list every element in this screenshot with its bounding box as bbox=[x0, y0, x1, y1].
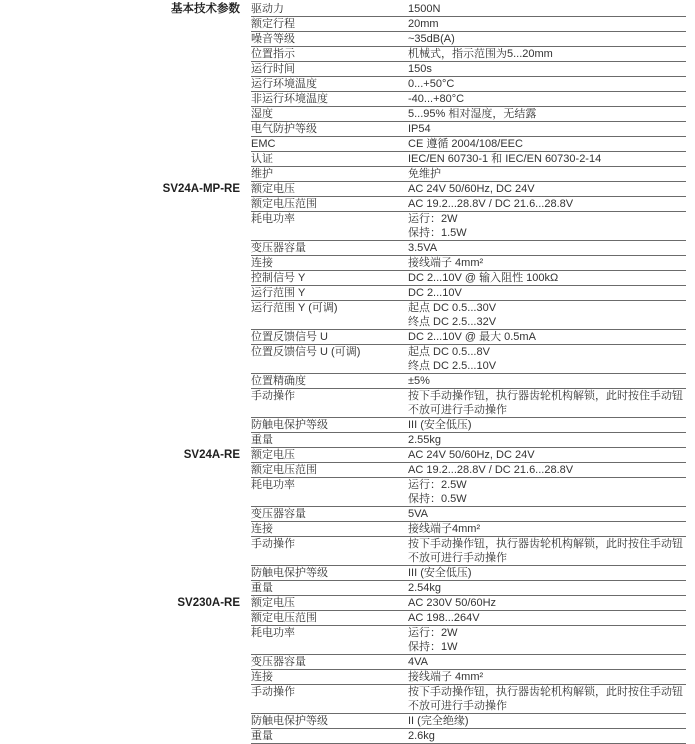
value-cell: 起点 DC 0.5...30V终点 DC 2.5...32V bbox=[408, 301, 686, 329]
table-row: 额定电压范围 AC 19.2...28.8V / DC 21.6...28.8V bbox=[251, 463, 686, 478]
value-cell: 4VA bbox=[408, 655, 686, 669]
table-row: 额定电压 AC 230V 50/60Hz bbox=[251, 596, 686, 611]
table-row: 电气防护等级 IP54 bbox=[251, 122, 686, 137]
value-cell: 0...+50°C bbox=[408, 77, 686, 91]
value-cell: 接线端子 4mm² bbox=[408, 670, 686, 684]
table-row: 控制信号 Y DC 2...10V @ 输入阻性 100kΩ bbox=[251, 271, 686, 286]
value-cell: ±5% bbox=[408, 374, 686, 388]
param-cell: 连接 bbox=[251, 522, 408, 536]
table-row: 非运行环境温度 -40...+80°C bbox=[251, 92, 686, 107]
value-line: 保持：1.5W bbox=[408, 226, 686, 240]
group-rows: 额定电压 AC 230V 50/60Hz 额定电压范围 AC 198...264… bbox=[251, 596, 686, 744]
spec-group: SV24A-RE 额定电压 AC 24V 50/60Hz, DC 24V 额定电… bbox=[0, 448, 695, 596]
value-line: 终点 DC 2.5...32V bbox=[408, 315, 686, 329]
value-line: 20mm bbox=[408, 17, 686, 31]
value-line: 1500N bbox=[408, 2, 686, 16]
table-row: 重量 2.55kg bbox=[251, 433, 686, 448]
value-cell: 1500N bbox=[408, 2, 686, 16]
param-cell: 变压器容量 bbox=[251, 507, 408, 521]
value-cell: AC 230V 50/60Hz bbox=[408, 596, 686, 610]
value-line: AC 24V 50/60Hz, DC 24V bbox=[408, 182, 686, 196]
param-cell: 变压器容量 bbox=[251, 655, 408, 669]
value-cell: 机械式，指示范围为5...20mm bbox=[408, 47, 686, 61]
group-rows: 额定电压 AC 24V 50/60Hz, DC 24V 额定电压范围 AC 19… bbox=[251, 448, 686, 596]
value-cell: IP54 bbox=[408, 122, 686, 136]
value-cell: DC 2...10V @ 最大 0.5mA bbox=[408, 330, 686, 344]
value-line: 接线端子 4mm² bbox=[408, 256, 686, 270]
param-cell: 耗电功率 bbox=[251, 478, 408, 492]
value-line: 保持：0.5W bbox=[408, 492, 686, 506]
param-cell: 额定电压 bbox=[251, 182, 408, 196]
value-line: 保持：1W bbox=[408, 640, 686, 654]
value-cell: IEC/EN 60730-1 和 IEC/EN 60730-2-14 bbox=[408, 152, 686, 166]
table-row: 位置反馈信号 U (可调) 起点 DC 0.5...8V终点 DC 2.5...… bbox=[251, 345, 686, 374]
spec-group: 基本技术参数 驱动力 1500N 额定行程 20mm 噪音等级 ~35dB(A)… bbox=[0, 2, 695, 182]
table-row: 位置指示 机械式，指示范围为5...20mm bbox=[251, 47, 686, 62]
spec-table: 基本技术参数 驱动力 1500N 额定行程 20mm 噪音等级 ~35dB(A)… bbox=[0, 0, 695, 744]
value-line: 0...+50°C bbox=[408, 77, 686, 91]
value-line: 接线端子 4mm² bbox=[408, 670, 686, 684]
value-cell: 2.6kg bbox=[408, 729, 686, 743]
table-row: 运行范围 Y (可调) 起点 DC 0.5...30V终点 DC 2.5...3… bbox=[251, 301, 686, 330]
table-row: 连接 接线端子 4mm² bbox=[251, 670, 686, 685]
table-row: 湿度 5...95% 相对湿度，无结露 bbox=[251, 107, 686, 122]
value-line: DC 2...10V @ 最大 0.5mA bbox=[408, 330, 686, 344]
param-cell: 额定电压范围 bbox=[251, 197, 408, 211]
param-cell: 重量 bbox=[251, 729, 408, 743]
table-row: 连接 接线端子4mm² bbox=[251, 522, 686, 537]
group-label: SV230A-RE bbox=[0, 596, 240, 610]
value-line: ~35dB(A) bbox=[408, 32, 686, 46]
value-line: 150s bbox=[408, 62, 686, 76]
value-line: CE 遵循 2004/108/EEC bbox=[408, 137, 686, 151]
value-cell: AC 198...264V bbox=[408, 611, 686, 625]
table-row: 手动操作 按下手动操作钮，执行器齿轮机构解锁，此时按住手动钮不放可进行手动操作 bbox=[251, 685, 686, 714]
param-cell: 额定电压 bbox=[251, 596, 408, 610]
value-line: IEC/EN 60730-1 和 IEC/EN 60730-2-14 bbox=[408, 152, 686, 166]
table-row: 额定电压范围 AC 198...264V bbox=[251, 611, 686, 626]
param-cell: 耗电功率 bbox=[251, 626, 408, 640]
param-cell: 连接 bbox=[251, 256, 408, 270]
value-cell: 接线端子4mm² bbox=[408, 522, 686, 536]
value-line: 运行：2.5W bbox=[408, 478, 686, 492]
table-row: 耗电功率 运行：2W保持：1W bbox=[251, 626, 686, 655]
param-cell: 非运行环境温度 bbox=[251, 92, 408, 106]
value-line: DC 2...10V bbox=[408, 286, 686, 300]
value-cell: 5VA bbox=[408, 507, 686, 521]
value-cell: 3.5VA bbox=[408, 241, 686, 255]
value-line: 运行：2W bbox=[408, 212, 686, 226]
value-line: 运行：2W bbox=[408, 626, 686, 640]
table-row: 变压器容量 4VA bbox=[251, 655, 686, 670]
value-line: 终点 DC 2.5...10V bbox=[408, 359, 686, 373]
table-row: 噪音等级 ~35dB(A) bbox=[251, 32, 686, 47]
spec-sheet-page: 基本技术参数 驱动力 1500N 额定行程 20mm 噪音等级 ~35dB(A)… bbox=[0, 0, 695, 744]
table-row: 防触电保护等级 II (完全绝缘) bbox=[251, 714, 686, 729]
value-line: AC 19.2...28.8V / DC 21.6...28.8V bbox=[408, 463, 686, 477]
value-line: 2.54kg bbox=[408, 581, 686, 595]
value-cell: 2.55kg bbox=[408, 433, 686, 447]
value-line: AC 230V 50/60Hz bbox=[408, 596, 686, 610]
group-label: SV24A-MP-RE bbox=[0, 182, 240, 196]
table-row: 运行时间 150s bbox=[251, 62, 686, 77]
value-line: 不放可进行手动操作 bbox=[408, 403, 686, 417]
param-cell: 重量 bbox=[251, 581, 408, 595]
param-cell: 额定电压范围 bbox=[251, 611, 408, 625]
param-cell: 运行范围 Y (可调) bbox=[251, 301, 408, 315]
table-row: 手动操作 按下手动操作钮，执行器齿轮机构解锁，此时按住手动钮不放可进行手动操作 bbox=[251, 537, 686, 566]
value-line: III (安全低压) bbox=[408, 418, 686, 432]
value-line: 4VA bbox=[408, 655, 686, 669]
value-line: 按下手动操作钮，执行器齿轮机构解锁，此时按住手动钮 bbox=[408, 537, 686, 551]
param-cell: 耗电功率 bbox=[251, 212, 408, 226]
table-row: 重量 2.6kg bbox=[251, 729, 686, 744]
spec-group: SV24A-MP-RE 额定电压 AC 24V 50/60Hz, DC 24V … bbox=[0, 182, 695, 448]
table-row: 耗电功率 运行：2W保持：1.5W bbox=[251, 212, 686, 241]
param-cell: 湿度 bbox=[251, 107, 408, 121]
value-line: DC 2...10V @ 输入阻性 100kΩ bbox=[408, 271, 686, 285]
value-line: 接线端子4mm² bbox=[408, 522, 686, 536]
table-row: 额定电压 AC 24V 50/60Hz, DC 24V bbox=[251, 448, 686, 463]
param-cell: 位置指示 bbox=[251, 47, 408, 61]
param-cell: 防触电保护等级 bbox=[251, 418, 408, 432]
value-cell: 150s bbox=[408, 62, 686, 76]
value-line: 免维护 bbox=[408, 167, 686, 181]
value-line: III (安全低压) bbox=[408, 566, 686, 580]
value-line: 5VA bbox=[408, 507, 686, 521]
table-row: 额定行程 20mm bbox=[251, 17, 686, 32]
value-cell: 按下手动操作钮，执行器齿轮机构解锁，此时按住手动钮不放可进行手动操作 bbox=[408, 685, 686, 713]
table-row: 运行范围 Y DC 2...10V bbox=[251, 286, 686, 301]
param-cell: 位置反馈信号 U (可调) bbox=[251, 345, 408, 359]
param-cell: 运行时间 bbox=[251, 62, 408, 76]
value-cell: 运行：2W保持：1W bbox=[408, 626, 686, 654]
value-line: 5...95% 相对湿度，无结露 bbox=[408, 107, 686, 121]
group-rows: 驱动力 1500N 额定行程 20mm 噪音等级 ~35dB(A) 位置指示 机… bbox=[251, 2, 686, 182]
value-line: 3.5VA bbox=[408, 241, 686, 255]
param-cell: EMC bbox=[251, 137, 408, 151]
param-cell: 防触电保护等级 bbox=[251, 566, 408, 580]
table-row: 变压器容量 5VA bbox=[251, 507, 686, 522]
table-row: 额定电压范围 AC 19.2...28.8V / DC 21.6...28.8V bbox=[251, 197, 686, 212]
table-row: 位置反馈信号 U DC 2...10V @ 最大 0.5mA bbox=[251, 330, 686, 345]
param-cell: 运行范围 Y bbox=[251, 286, 408, 300]
param-cell: 控制信号 Y bbox=[251, 271, 408, 285]
param-cell: 变压器容量 bbox=[251, 241, 408, 255]
param-cell: 位置精确度 bbox=[251, 374, 408, 388]
value-cell: 按下手动操作钮，执行器齿轮机构解锁，此时按住手动钮不放可进行手动操作 bbox=[408, 537, 686, 565]
param-cell: 运行环境温度 bbox=[251, 77, 408, 91]
group-label: SV24A-RE bbox=[0, 448, 240, 462]
value-line: 不放可进行手动操作 bbox=[408, 551, 686, 565]
value-cell: 按下手动操作钮，执行器齿轮机构解锁，此时按住手动钮不放可进行手动操作 bbox=[408, 389, 686, 417]
table-row: 连接 接线端子 4mm² bbox=[251, 256, 686, 271]
value-line: IP54 bbox=[408, 122, 686, 136]
value-line: 机械式，指示范围为5...20mm bbox=[408, 47, 686, 61]
value-line: 起点 DC 0.5...30V bbox=[408, 301, 686, 315]
value-cell: III (安全低压) bbox=[408, 418, 686, 432]
param-cell: 重量 bbox=[251, 433, 408, 447]
param-cell: 手动操作 bbox=[251, 537, 408, 551]
param-cell: 驱动力 bbox=[251, 2, 408, 16]
value-line: 2.6kg bbox=[408, 729, 686, 743]
table-row: 防触电保护等级 III (安全低压) bbox=[251, 418, 686, 433]
value-cell: ~35dB(A) bbox=[408, 32, 686, 46]
table-row: 手动操作 按下手动操作钮，执行器齿轮机构解锁，此时按住手动钮不放可进行手动操作 bbox=[251, 389, 686, 418]
value-cell: DC 2...10V @ 输入阻性 100kΩ bbox=[408, 271, 686, 285]
value-cell: -40...+80°C bbox=[408, 92, 686, 106]
param-cell: 位置反馈信号 U bbox=[251, 330, 408, 344]
param-cell: 电气防护等级 bbox=[251, 122, 408, 136]
value-cell: AC 19.2...28.8V / DC 21.6...28.8V bbox=[408, 463, 686, 477]
spec-group: SV230A-RE 额定电压 AC 230V 50/60Hz 额定电压范围 AC… bbox=[0, 596, 695, 744]
param-cell: 连接 bbox=[251, 670, 408, 684]
param-cell: 认证 bbox=[251, 152, 408, 166]
param-cell: 手动操作 bbox=[251, 389, 408, 403]
value-cell: AC 24V 50/60Hz, DC 24V bbox=[408, 448, 686, 462]
table-row: EMC CE 遵循 2004/108/EEC bbox=[251, 137, 686, 152]
group-label: 基本技术参数 bbox=[0, 2, 240, 16]
table-row: 重量 2.54kg bbox=[251, 581, 686, 596]
value-line: 不放可进行手动操作 bbox=[408, 699, 686, 713]
value-cell: 免维护 bbox=[408, 167, 686, 181]
param-cell: 手动操作 bbox=[251, 685, 408, 699]
value-line: 按下手动操作钮，执行器齿轮机构解锁，此时按住手动钮 bbox=[408, 685, 686, 699]
table-row: 驱动力 1500N bbox=[251, 2, 686, 17]
group-rows: 额定电压 AC 24V 50/60Hz, DC 24V 额定电压范围 AC 19… bbox=[251, 182, 686, 448]
table-row: 位置精确度 ±5% bbox=[251, 374, 686, 389]
value-cell: AC 24V 50/60Hz, DC 24V bbox=[408, 182, 686, 196]
value-line: II (完全绝缘) bbox=[408, 714, 686, 728]
value-cell: 5...95% 相对湿度，无结露 bbox=[408, 107, 686, 121]
param-cell: 防触电保护等级 bbox=[251, 714, 408, 728]
table-row: 维护 免维护 bbox=[251, 167, 686, 182]
value-cell: II (完全绝缘) bbox=[408, 714, 686, 728]
value-line: ±5% bbox=[408, 374, 686, 388]
value-line: -40...+80°C bbox=[408, 92, 686, 106]
table-row: 防触电保护等级 III (安全低压) bbox=[251, 566, 686, 581]
value-cell: AC 19.2...28.8V / DC 21.6...28.8V bbox=[408, 197, 686, 211]
param-cell: 维护 bbox=[251, 167, 408, 181]
value-line: 2.55kg bbox=[408, 433, 686, 447]
param-cell: 额定电压范围 bbox=[251, 463, 408, 477]
table-row: 耗电功率 运行：2.5W保持：0.5W bbox=[251, 478, 686, 507]
table-row: 运行环境温度 0...+50°C bbox=[251, 77, 686, 92]
value-cell: 运行：2.5W保持：0.5W bbox=[408, 478, 686, 506]
table-row: 认证 IEC/EN 60730-1 和 IEC/EN 60730-2-14 bbox=[251, 152, 686, 167]
param-cell: 噪音等级 bbox=[251, 32, 408, 46]
param-cell: 额定电压 bbox=[251, 448, 408, 462]
value-line: AC 198...264V bbox=[408, 611, 686, 625]
table-row: 额定电压 AC 24V 50/60Hz, DC 24V bbox=[251, 182, 686, 197]
table-row: 变压器容量 3.5VA bbox=[251, 241, 686, 256]
value-cell: CE 遵循 2004/108/EEC bbox=[408, 137, 686, 151]
value-cell: 接线端子 4mm² bbox=[408, 256, 686, 270]
value-line: AC 19.2...28.8V / DC 21.6...28.8V bbox=[408, 197, 686, 211]
value-line: 按下手动操作钮，执行器齿轮机构解锁，此时按住手动钮 bbox=[408, 389, 686, 403]
value-cell: DC 2...10V bbox=[408, 286, 686, 300]
value-cell: 运行：2W保持：1.5W bbox=[408, 212, 686, 240]
value-line: AC 24V 50/60Hz, DC 24V bbox=[408, 448, 686, 462]
value-cell: III (安全低压) bbox=[408, 566, 686, 580]
param-cell: 额定行程 bbox=[251, 17, 408, 31]
value-cell: 2.54kg bbox=[408, 581, 686, 595]
value-cell: 起点 DC 0.5...8V终点 DC 2.5...10V bbox=[408, 345, 686, 373]
value-cell: 20mm bbox=[408, 17, 686, 31]
value-line: 起点 DC 0.5...8V bbox=[408, 345, 686, 359]
